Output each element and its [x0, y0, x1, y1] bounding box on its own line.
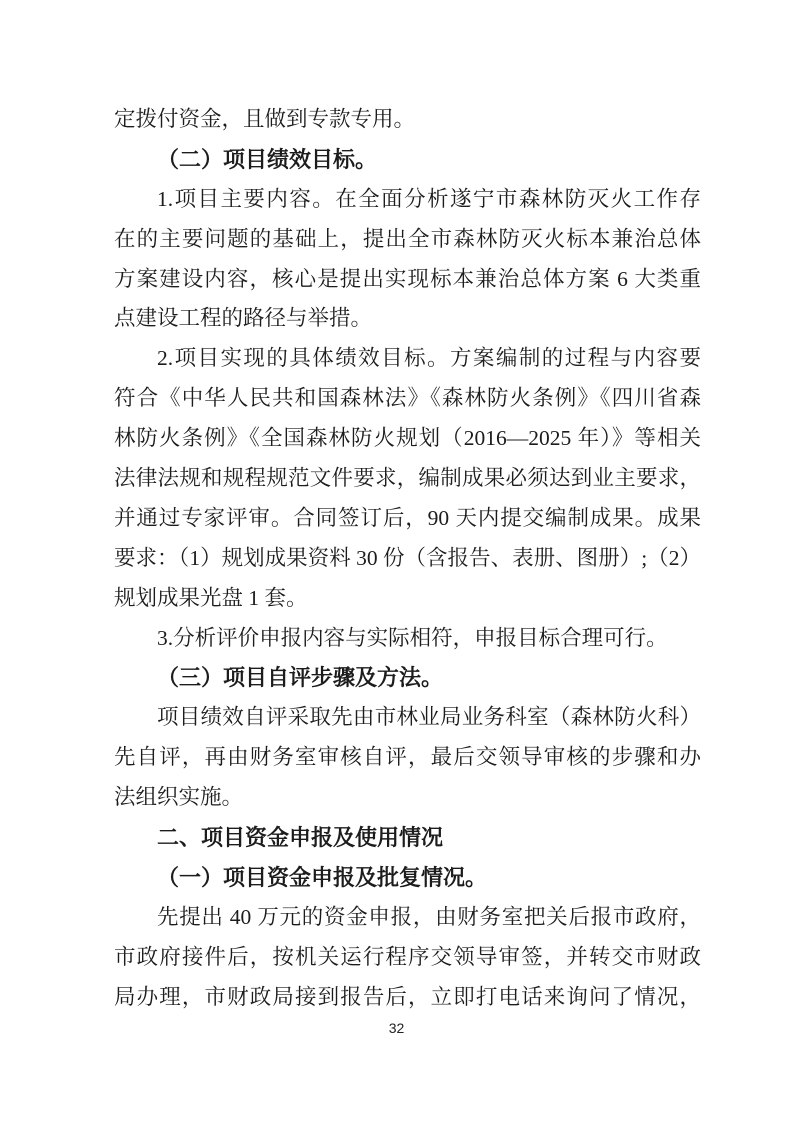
paragraph-line: 局办理，市财政局接到报告后，立即打电话来询问了情况，: [114, 978, 701, 1018]
paragraph-line: 2.项目实现的具体绩效目标。方案编制的过程与内容要: [114, 339, 701, 379]
paragraph-line: 点建设工程的路径与举措。: [114, 299, 701, 339]
sub-section-heading: （一）项目资金申报及批复情况。: [114, 858, 701, 898]
paragraph-line: 在的主要问题的基础上，提出全市森林防灭火标本兼治总体: [114, 220, 701, 260]
sub-section-heading: （三）项目自评步骤及方法。: [114, 658, 701, 698]
document-text-block: 定拨付资金，且做到专款专用。 （二）项目绩效目标。 1.项目主要内容。在全面分析…: [114, 100, 701, 1017]
paragraph-line: 法组织实施。: [114, 778, 701, 818]
paragraph-line: 市政府接件后，按机关运行程序交领导审签，并转交市财政: [114, 938, 701, 978]
paragraph-line: 方案建设内容，核心是提出实现标本兼治总体方案 6 大类重: [114, 260, 701, 300]
paragraph-line: 先自评，再由财务室审核自评，最后交领导审核的步骤和办: [114, 738, 701, 778]
paragraph-line: 符合《中华人民共和国森林法》《森林防火条例》《四川省森: [114, 379, 701, 419]
paragraph-line: 1.项目主要内容。在全面分析遂宁市森林防灭火工作存: [114, 180, 701, 220]
paragraph-line: 林防火条例》《全国森林防火规划（2016—2025 年）》等相关: [114, 419, 701, 459]
paragraph-line: 3.分析评价申报内容与实际相符，申报目标合理可行。: [114, 619, 701, 659]
paragraph-line: 并通过专家评审。合同签订后，90 天内提交编制成果。成果: [114, 499, 701, 539]
sub-section-heading: （二）项目绩效目标。: [114, 140, 701, 180]
section-heading: 二、项目资金申报及使用情况: [114, 818, 701, 858]
paragraph-line: 法律法规和规程规范文件要求，编制成果必须达到业主要求，: [114, 459, 701, 499]
paragraph-line: 项目绩效自评采取先由市林业局业务科室（森林防火科）: [114, 698, 701, 738]
paragraph-line: 先提出 40 万元的资金申报，由财务室把关后报市政府，: [114, 898, 701, 938]
paragraph-line: 规划成果光盘 1 套。: [114, 579, 701, 619]
paragraph-line: 要求：（1）规划成果资料 30 份（含报告、表册、图册）;（2）: [114, 539, 701, 579]
paragraph-line: 定拨付资金，且做到专款专用。: [114, 100, 701, 140]
page-number: 32: [0, 1016, 793, 1040]
document-page: 定拨付资金，且做到专款专用。 （二）项目绩效目标。 1.项目主要内容。在全面分析…: [0, 0, 793, 1122]
